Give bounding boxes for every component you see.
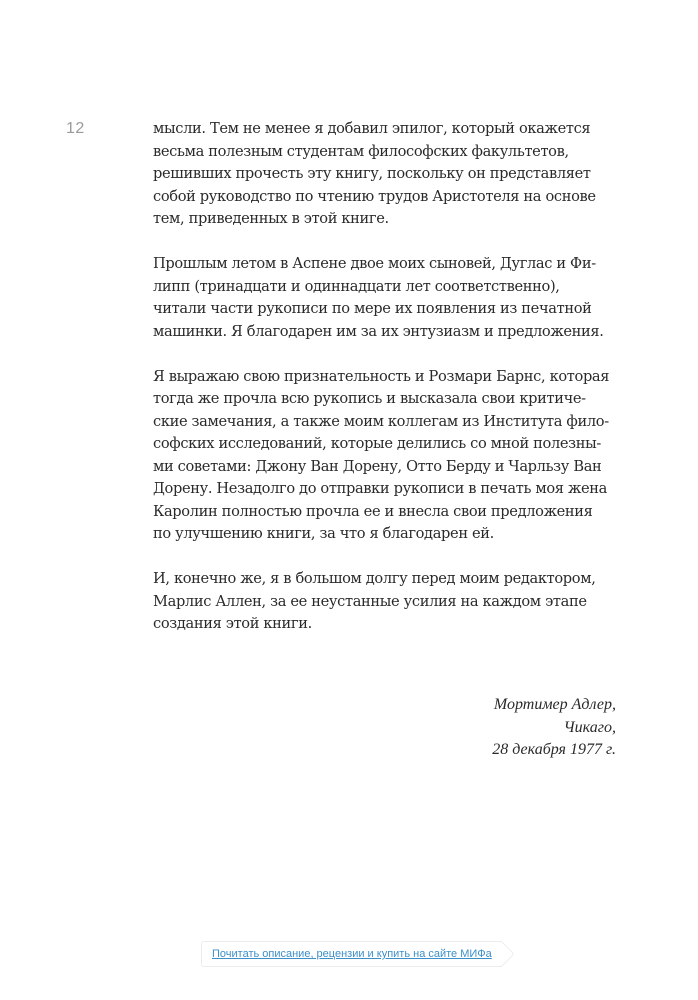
text-line: собой руководство по чтению трудов Арист…: [153, 186, 618, 209]
paragraph-sons: Прошлым летом в Аспене двое моих сыновей…: [153, 253, 618, 343]
signature-date: 28 декабря 1977 г.: [492, 739, 616, 762]
signature-block: Мортимер Адлер, Чикаго, 28 декабря 1977 …: [492, 694, 616, 762]
text-line: липп (тринадцати и одиннадцати лет соотв…: [153, 276, 618, 299]
text-line: ские замечания, а также моим коллегам из…: [153, 411, 618, 434]
signature-author: Мортимер Адлер,: [492, 694, 616, 717]
text-line: Дорену. Незадолго до отправки рукописи в…: [153, 478, 618, 501]
store-link-box[interactable]: Почитать описание, рецензии и купить на …: [201, 941, 502, 967]
paragraph-epilogue: мысли. Тем не менее я добавил эпилог, ко…: [153, 118, 618, 231]
text-line: машинки. Я благодарен им за их энтузиазм…: [153, 321, 618, 344]
text-line: Каролин полностью прочла ее и внесла сво…: [153, 501, 618, 524]
text-line: софских исследований, которые делились с…: [153, 433, 618, 456]
text-line: весьма полезным студентам философских фа…: [153, 141, 618, 164]
text-line: Я выражаю свою признательность и Розмари…: [153, 366, 618, 389]
store-link[interactable]: Почитать описание, рецензии и купить на …: [212, 948, 492, 960]
text-line: Прошлым летом в Аспене двое моих сыновей…: [153, 253, 618, 276]
text-line: тогда же прочла всю рукопись и высказала…: [153, 388, 618, 411]
text-line: ми советами: Джону Ван Дорену, Отто Берд…: [153, 456, 618, 479]
paragraph-editor: И, конечно же, я в большом долгу перед м…: [153, 568, 618, 636]
text-line: Марлис Аллен, за ее неустанные усилия на…: [153, 591, 618, 614]
body-text: мысли. Тем не менее я добавил эпилог, ко…: [153, 118, 618, 658]
text-line: создания этой книги.: [153, 613, 618, 636]
text-line: И, конечно же, я в большом долгу перед м…: [153, 568, 618, 591]
paragraph-colleagues: Я выражаю свою признательность и Розмари…: [153, 366, 618, 546]
text-line: решивших прочесть эту книгу, поскольку о…: [153, 163, 618, 186]
text-line: мысли. Тем не менее я добавил эпилог, ко…: [153, 118, 618, 141]
page-number: 12: [66, 118, 85, 140]
text-line: читали части рукописи по мере их появлен…: [153, 298, 618, 321]
signature-city: Чикаго,: [492, 717, 616, 740]
text-line: тем, приведенных в этой книге.: [153, 208, 618, 231]
text-line: по улучшению книги, за что я благодарен …: [153, 523, 618, 546]
